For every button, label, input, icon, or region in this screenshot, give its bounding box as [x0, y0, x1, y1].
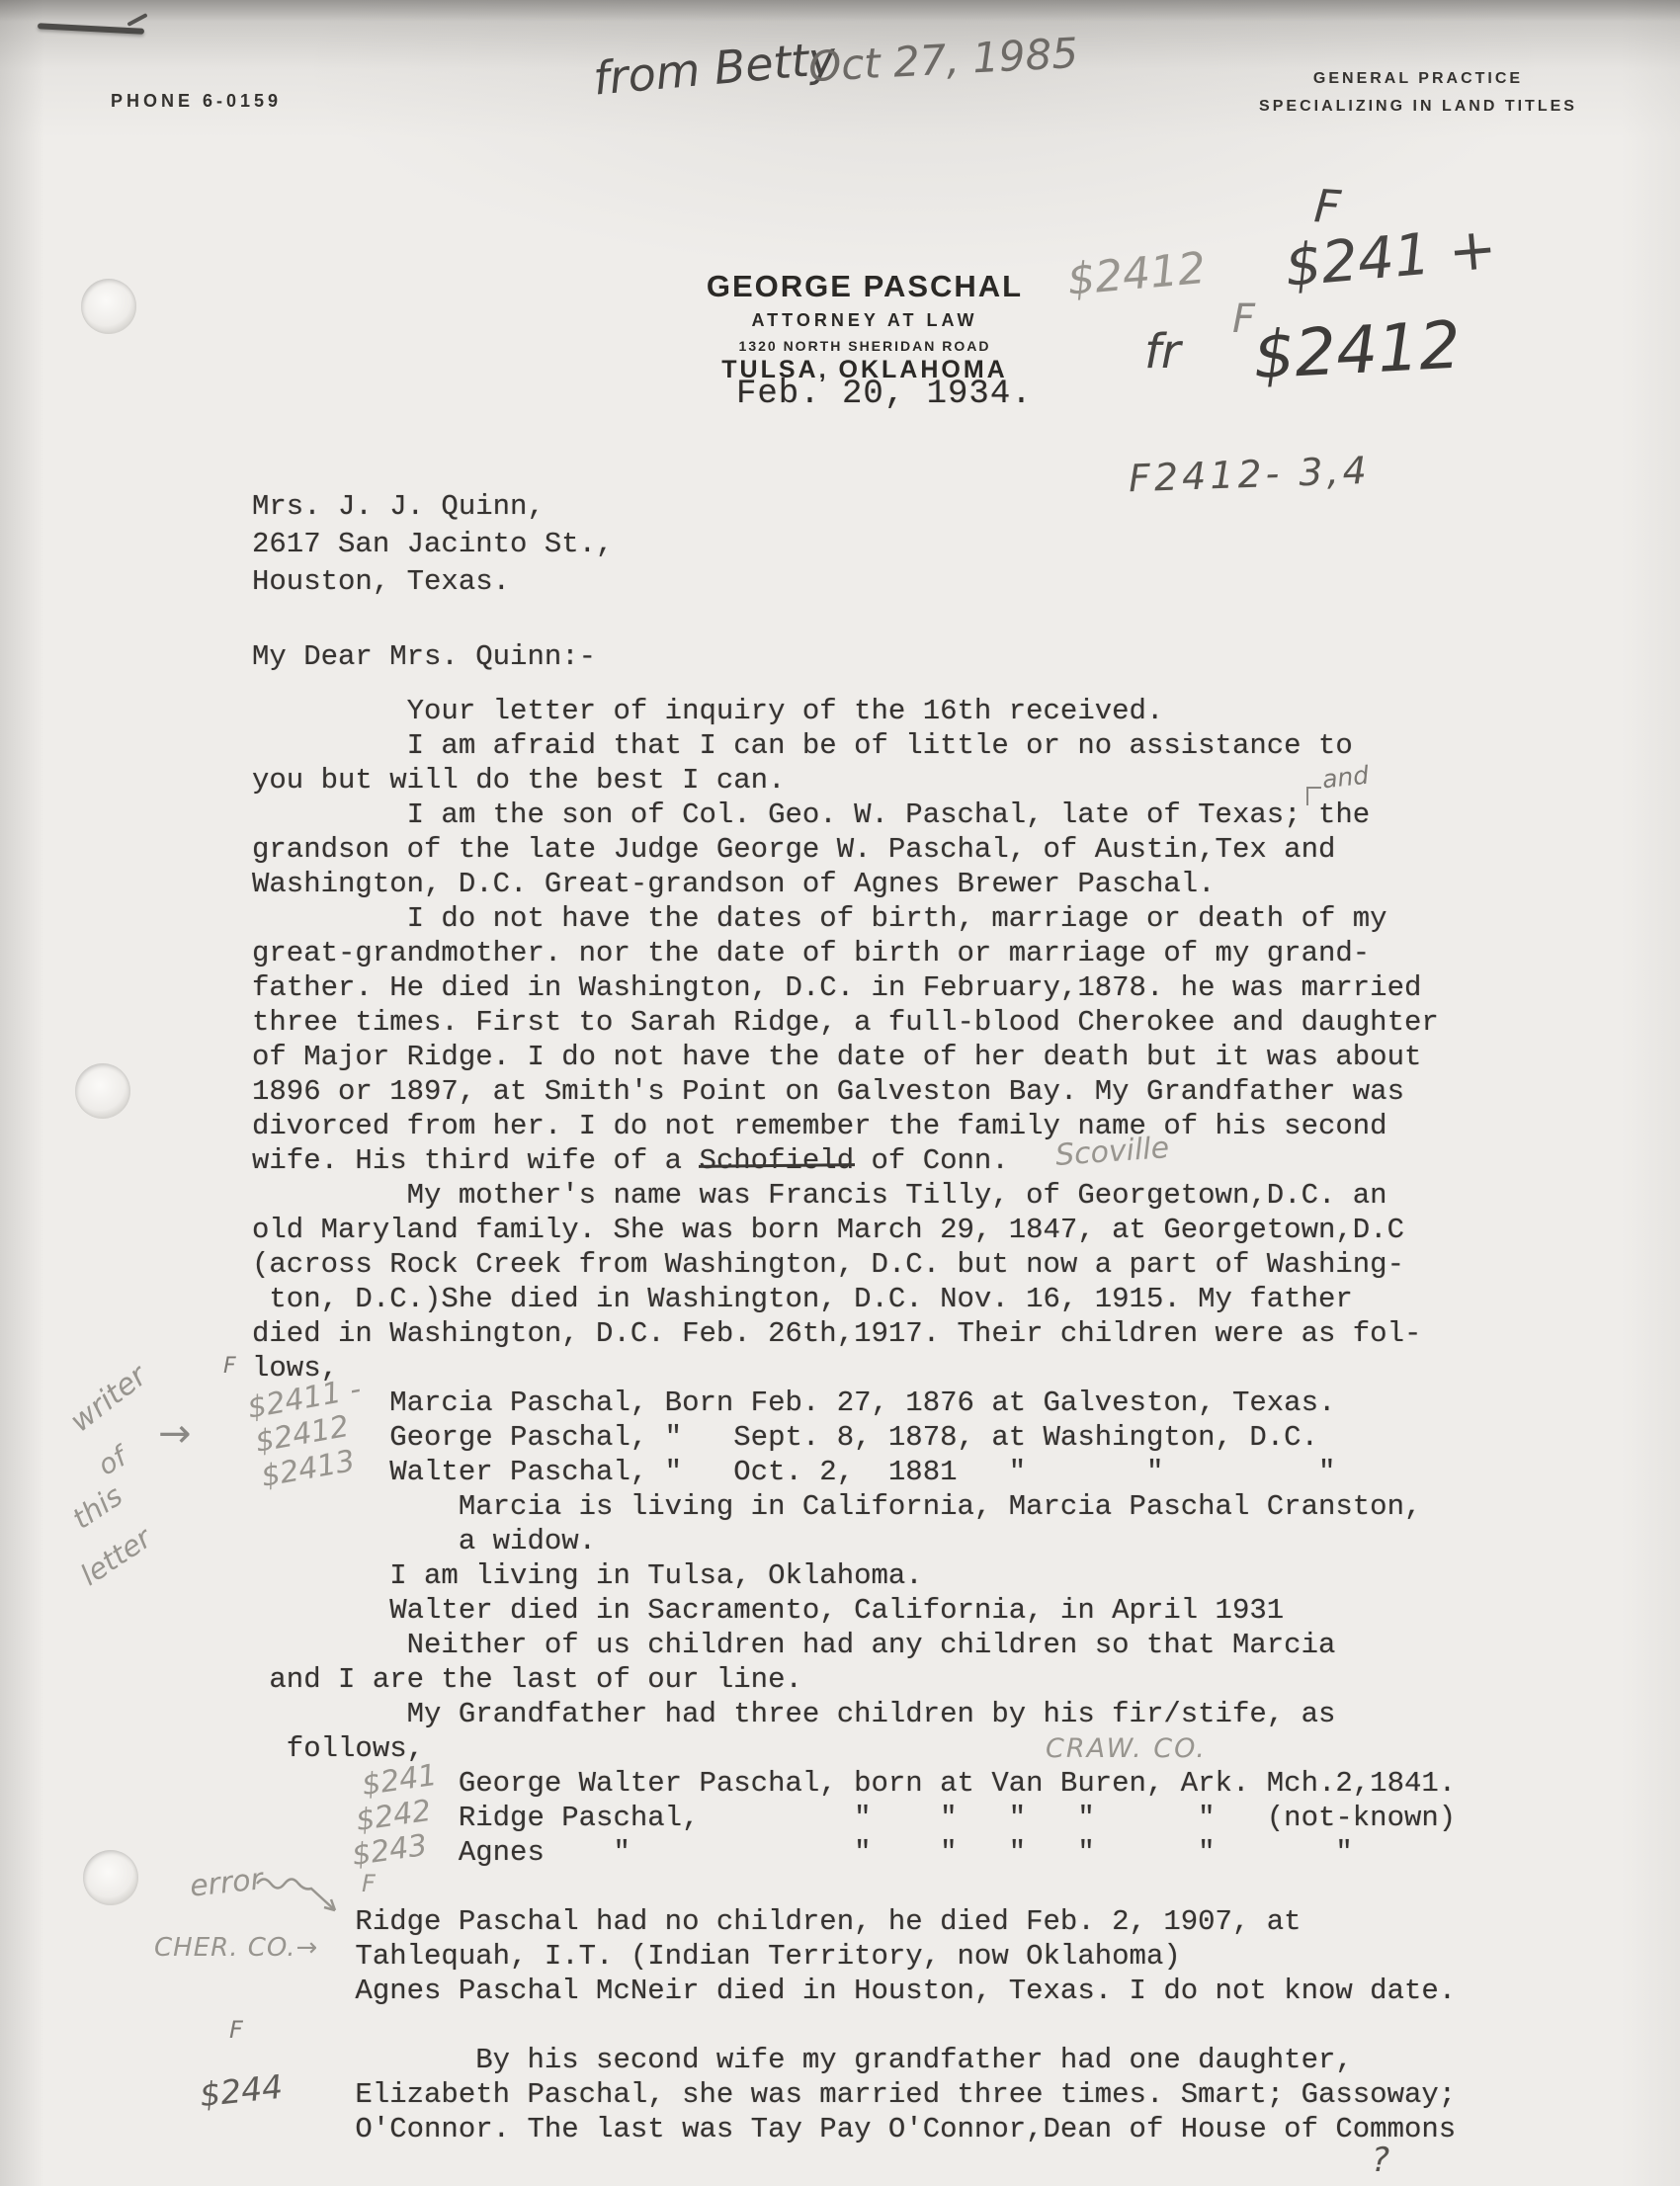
insertion-caret-mark — [1306, 787, 1321, 805]
handwritten-f-mark-1: F — [1312, 179, 1342, 234]
handwritten-craw-co: CRAW. CO. — [1046, 1733, 1207, 1764]
writer-note-word-2: of — [93, 1440, 132, 1481]
practice-note: GENERAL PRACTICE SPECIALIZING IN LAND TI… — [1216, 65, 1621, 121]
punch-hole-bottom — [83, 1850, 138, 1905]
handwritten-ref-2412-small: $2412 — [1065, 243, 1208, 305]
letterhead-street: 1320 NORTH SHERIDAN ROAD — [657, 338, 1072, 354]
writer-note-word-3: this — [66, 1478, 128, 1536]
punch-hole-middle — [75, 1063, 130, 1119]
handwritten-question-mark: ? — [1372, 2141, 1389, 2180]
writer-note-word-1: writer — [64, 1359, 154, 1440]
handwritten-cher-co: CHER. CO.→ — [154, 1933, 318, 1963]
handwritten-f-lows: F — [223, 1354, 236, 1379]
handwritten-ref-2412-large: $2412 — [1251, 307, 1463, 394]
letter-scan-page: PHONE 6-0159 GENERAL PRACTICE SPECIALIZI… — [0, 0, 1680, 2186]
handwritten-date-note: Oct 27, 1985 — [807, 29, 1079, 91]
recipient-address-block: Mrs. J. J. Quinn, 2617 San Jacinto St., … — [252, 488, 613, 676]
letterhead-name: GEORGE PASCHAL — [657, 269, 1072, 304]
punch-hole-top — [81, 279, 136, 334]
phone-number: PHONE 6-0159 — [111, 91, 282, 112]
practice-line-1: GENERAL PRACTICE — [1216, 65, 1621, 93]
handwritten-f-grandchild: F — [362, 1870, 376, 1897]
practice-line-2: SPECIALIZING IN LAND TITLES — [1216, 93, 1621, 121]
letter-body: Your letter of inquiry of the 16th recei… — [252, 694, 1456, 2146]
letterhead-title: ATTORNEY AT LAW — [657, 310, 1072, 331]
letter-date: Feb. 20, 1934. — [736, 376, 1033, 413]
handwritten-insert-and: and — [1321, 761, 1371, 795]
handwritten-from-note: from Betty — [591, 31, 838, 105]
error-squiggle-arrow-icon — [255, 1874, 350, 1930]
handwritten-f-bottom: F — [229, 2016, 243, 2044]
margin-arrow-icon: → — [158, 1411, 192, 1457]
handwritten-fr-note: fr — [1144, 324, 1181, 379]
staple-end-icon — [126, 13, 147, 27]
handwritten-file-ref: F2412- 3,4 — [1128, 449, 1371, 501]
